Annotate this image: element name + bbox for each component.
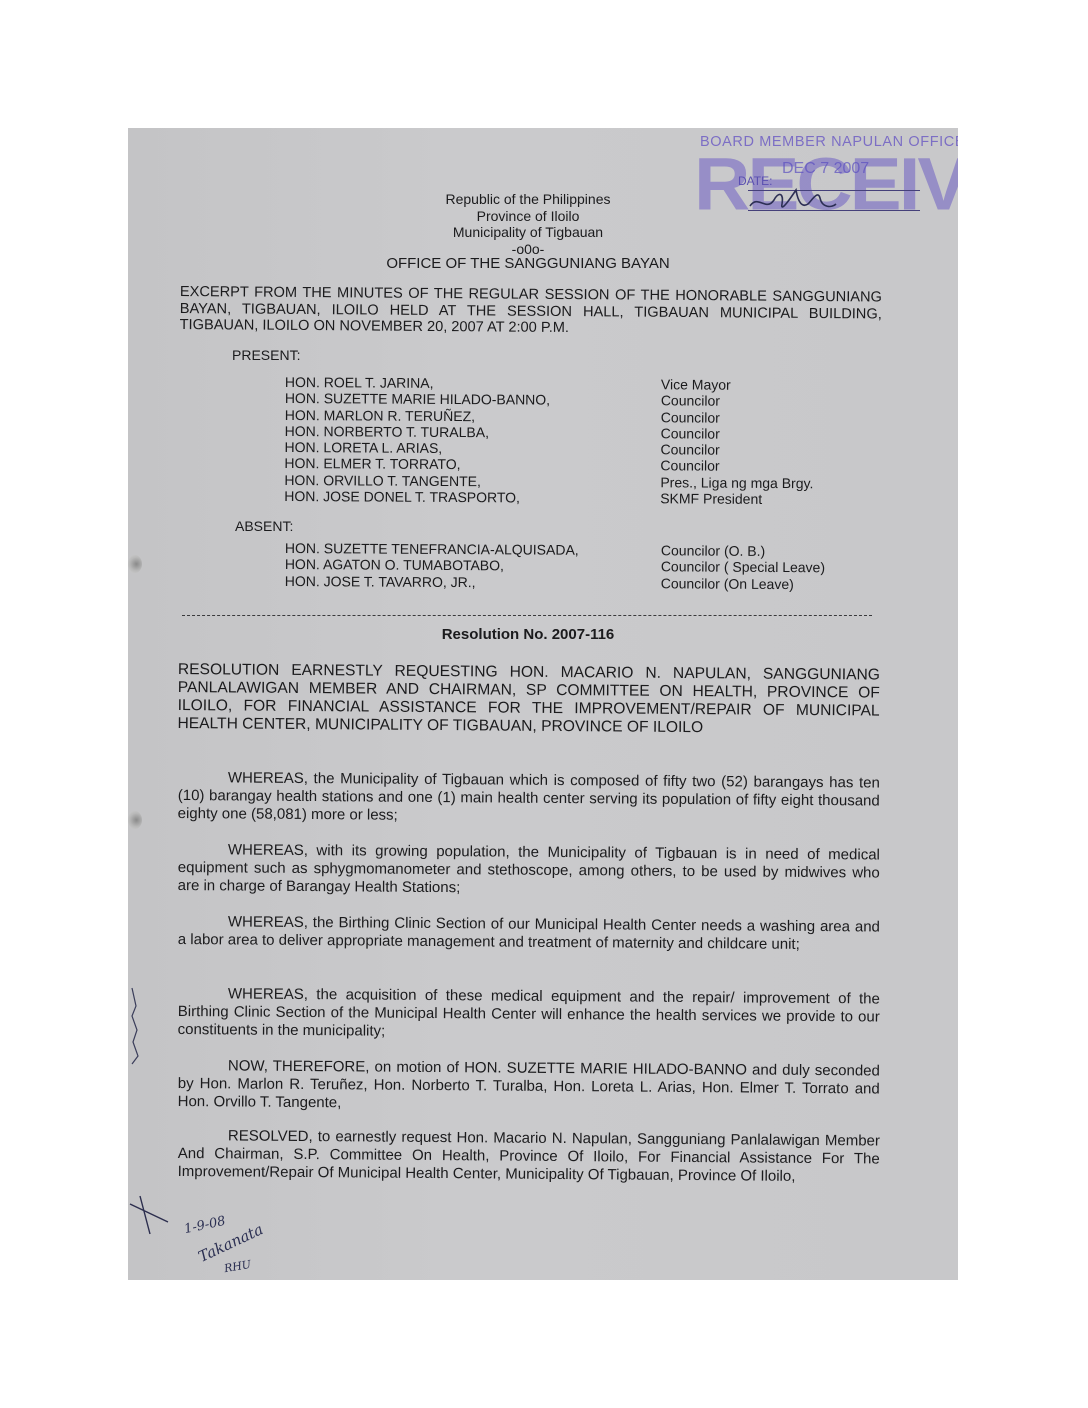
whereas-paragraph-2: WHEREAS, with its growing population, th… xyxy=(178,841,880,901)
punch-hole-icon xyxy=(128,555,142,573)
member-name: HON. ROEL T. JARINA, xyxy=(285,374,434,391)
member-name: HON. LORETA L. ARIAS, xyxy=(285,439,443,456)
member-role: Councilor xyxy=(660,458,719,475)
member-name: HON. JOSE T. TAVARRO, JR., xyxy=(285,573,476,590)
handwritten-unit: RHU xyxy=(223,1258,252,1276)
letterhead: Republic of the Philippines Province of … xyxy=(368,191,688,257)
resolved-paragraph: RESOLVED, to earnestly request Hon. Maca… xyxy=(178,1127,880,1187)
scanned-document-page: BOARD MEMBER NAPULAN OFFICE RECEIVED DAT… xyxy=(128,128,958,1280)
stamp-signature-icon xyxy=(748,186,838,216)
whereas-paragraph-4: WHEREAS, the acquisition of these medica… xyxy=(178,985,880,1045)
stamp-date-value: DEC 7 2007 xyxy=(782,160,869,178)
member-name: HON. ELMER T. TORRATO, xyxy=(284,455,460,472)
now-therefore-paragraph: NOW, THEREFORE, on motion of HON. SUZETT… xyxy=(178,1057,880,1117)
member-role: Pres., Liga ng mga Brgy. xyxy=(660,474,813,491)
letterhead-province: Province of Iloilo xyxy=(368,208,688,225)
letterhead-municipality: Municipality of Tigbauan xyxy=(368,224,688,241)
received-stamp: BOARD MEMBER NAPULAN OFFICE RECEIVED DAT… xyxy=(688,130,950,230)
whereas-paragraph-3: WHEREAS, the Birthing Clinic Section of … xyxy=(178,913,880,955)
member-role: SKMF President xyxy=(660,490,762,507)
member-role: Councilor (O. B.) xyxy=(661,542,765,559)
margin-handwriting-icon xyxy=(128,986,144,1066)
member-name: HON. SUZETTE MARIE HILADO-BANNO, xyxy=(285,390,550,408)
absent-label: ABSENT: xyxy=(235,518,293,534)
section-divider xyxy=(182,615,872,616)
excerpt-heading: EXCERPT FROM THE MINUTES OF THE REGULAR … xyxy=(180,284,882,339)
present-roster: HON. ROEL T. JARINA,Vice MayorHON. SUZET… xyxy=(284,374,885,508)
member-name: HON. AGATON O. TUMABOTABO, xyxy=(285,556,504,574)
member-name: HON. JOSE DONEL T. TRASPORTO, xyxy=(284,488,520,506)
handwritten-date: 1-9-08 xyxy=(183,1214,227,1237)
letterhead-republic: Republic of the Philippines xyxy=(368,191,688,208)
member-role: Councilor ( Special Leave) xyxy=(661,559,825,576)
present-label: PRESENT: xyxy=(232,347,300,363)
absent-roster: HON. SUZETTE TENEFRANCIA-ALQUISADA,Counc… xyxy=(285,540,885,593)
member-role: Councilor xyxy=(661,409,720,426)
resolution-number: Resolution No. 2007-116 xyxy=(368,626,688,643)
whereas-paragraph-1: WHEREAS, the Municipality of Tigbauan wh… xyxy=(178,769,880,829)
absent-member-row: HON. JOSE T. TAVARRO, JR.,Councilor (On … xyxy=(285,573,885,593)
member-role: Councilor (On Leave) xyxy=(661,575,794,592)
member-role: Councilor xyxy=(661,425,720,442)
member-name: HON. NORBERTO T. TURALBA, xyxy=(285,423,489,441)
pen-mark-icon xyxy=(128,1190,176,1240)
member-role: Councilor xyxy=(661,393,720,410)
member-name: HON. ORVILLO T. TANGENTE, xyxy=(284,472,481,489)
punch-hole-icon xyxy=(128,811,142,829)
member-role: Councilor xyxy=(660,441,719,458)
present-member-row: HON. JOSE DONEL T. TRASPORTO,SKMF Presid… xyxy=(284,488,884,508)
member-role: Vice Mayor xyxy=(661,376,731,393)
office-title: OFFICE OF THE SANGGUNIANG BAYAN xyxy=(368,255,688,272)
member-name: HON. SUZETTE TENEFRANCIA-ALQUISADA, xyxy=(285,540,579,558)
resolution-title: RESOLUTION EARNESTLY REQUESTING HON. MAC… xyxy=(177,661,880,739)
member-name: HON. MARLON R. TERUÑEZ, xyxy=(285,407,475,424)
